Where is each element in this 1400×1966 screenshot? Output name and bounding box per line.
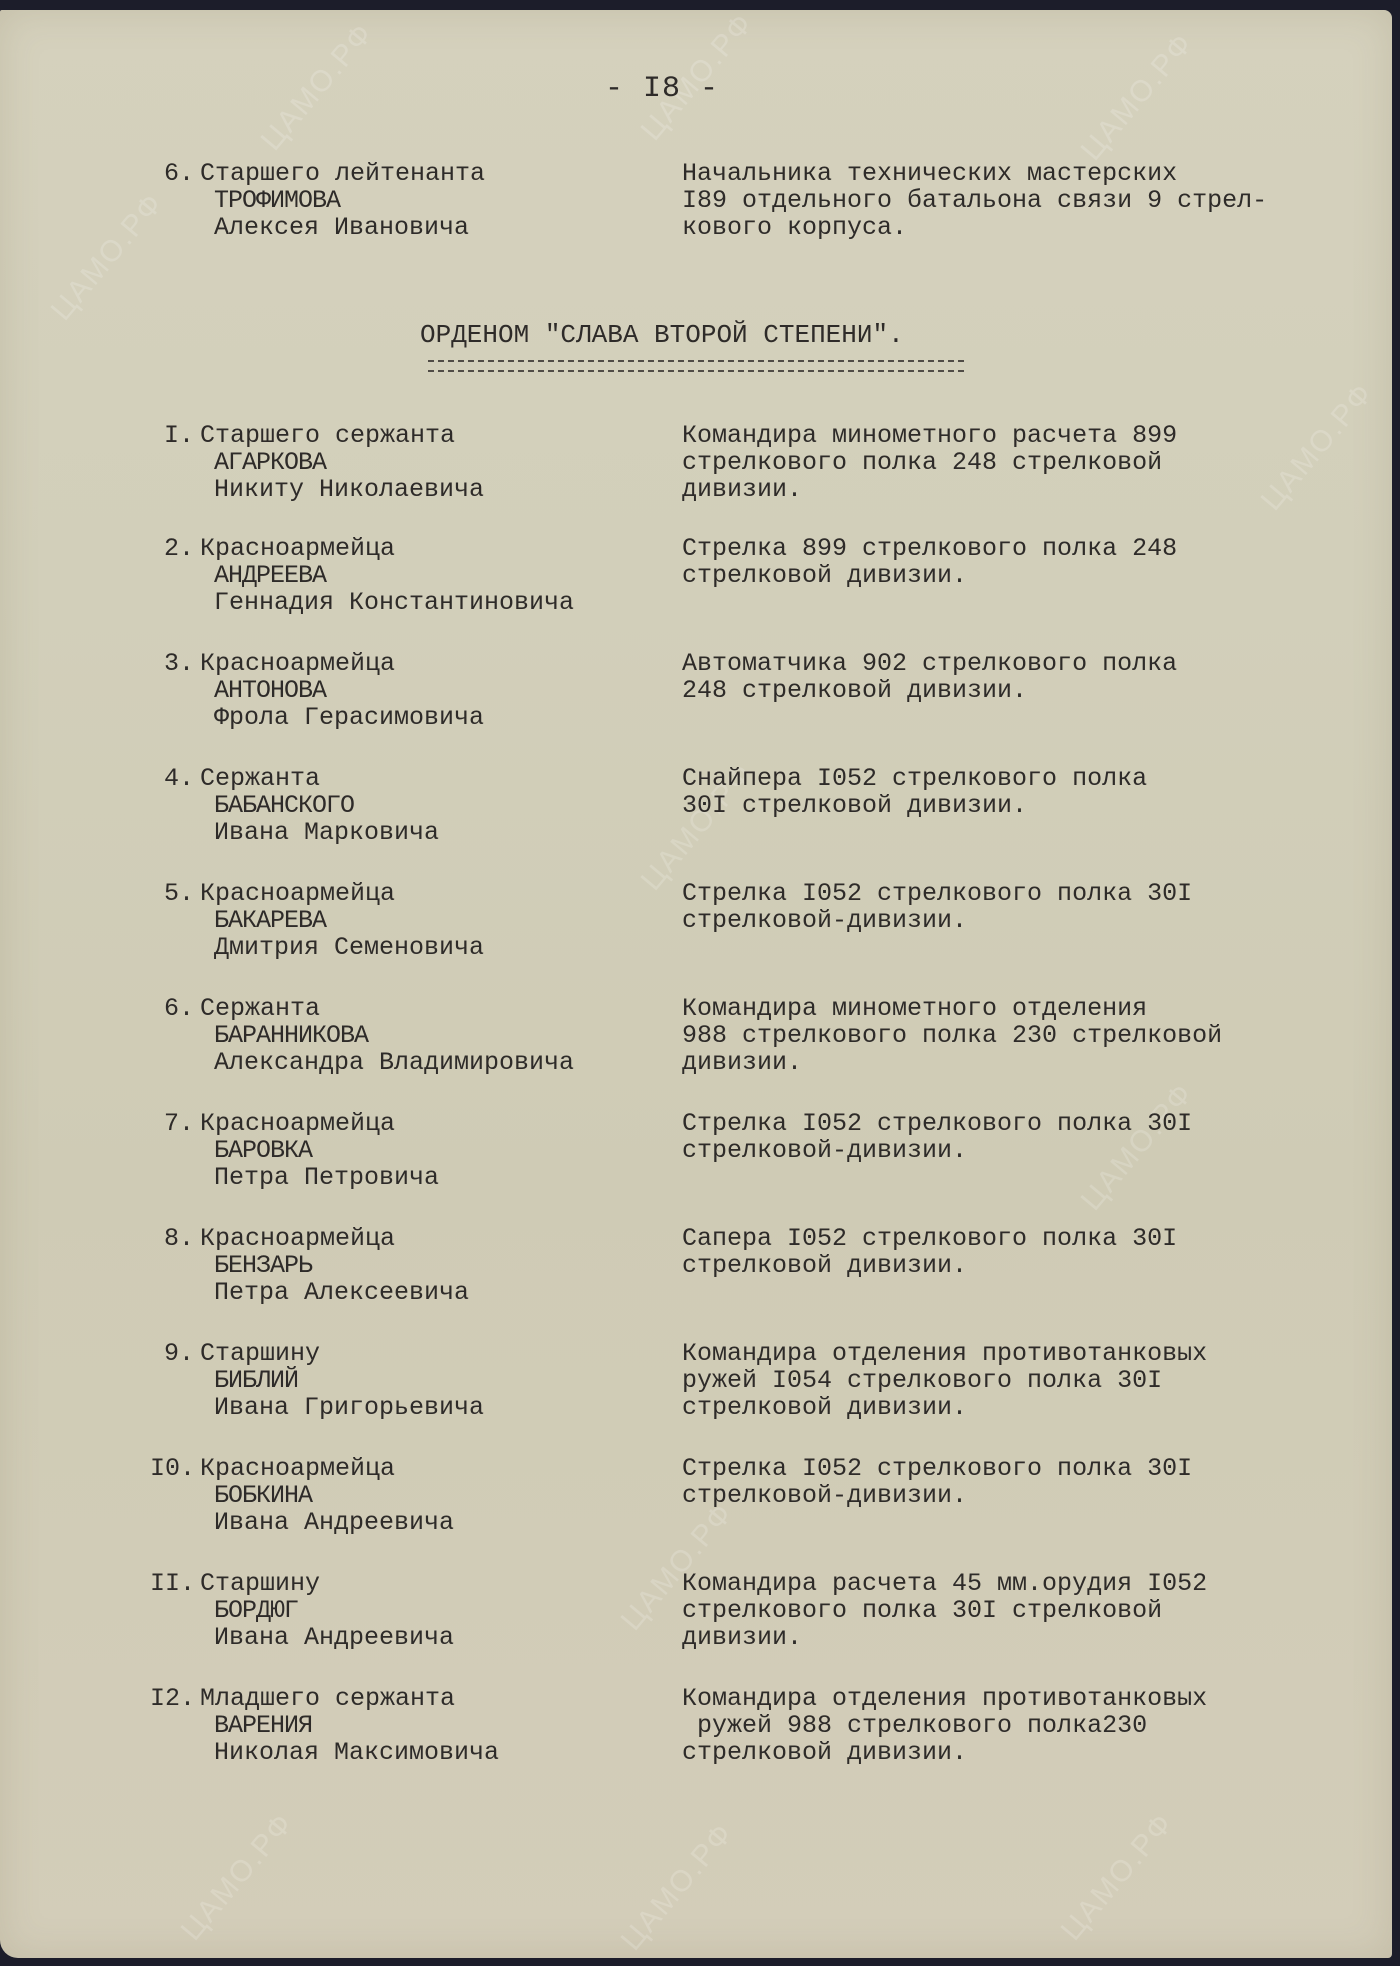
- position: Командира минометного расчета 899 стрелк…: [682, 422, 1372, 503]
- surname: БАКАРЕВА: [150, 907, 670, 934]
- recipient: I.Старшего сержанта АГАРКОВА Никиту Нико…: [150, 422, 670, 503]
- position-line: I89 отдельного батальона связи 9 стрел-: [682, 187, 1372, 214]
- watermark: ЦАМО.РФ: [255, 17, 381, 158]
- recipient: 4.Сержанта БАБАНСКОГО Ивана Марковича: [150, 765, 670, 846]
- position: Автоматчика 902 стрелкового полка 248 ст…: [682, 650, 1372, 704]
- recipient: 3.Красноармейца АНТОНОВА Фрола Герасимов…: [150, 650, 670, 731]
- position: Сапера I052 стрелкового полка 30I стрелк…: [682, 1225, 1372, 1279]
- recipient: 7.Красноармейца БАРОВКА Петра Петровича: [150, 1110, 670, 1191]
- watermark: ЦАМО.РФ: [1075, 27, 1201, 168]
- position-line: Начальника технических мастерских: [682, 160, 1372, 187]
- section-underline: [428, 360, 964, 372]
- position-line: кового корпуса.: [682, 214, 1372, 241]
- document-page: ЦАМО.РФ ЦАМО.РФ ЦАМО.РФ ЦАМО.РФ ЦАМО.РФ …: [0, 10, 1392, 1958]
- entry-number: 6.: [150, 995, 194, 1022]
- position-line: Командира отделения противотанковых: [682, 1340, 1372, 1367]
- position: Стрелка I052 стрелкового полка 30I стрел…: [682, 1110, 1372, 1164]
- position-line: стрелковой-дивизии.: [682, 1482, 1372, 1509]
- position-line: Стрелка I052 стрелкового полка 30I: [682, 1455, 1372, 1482]
- surname: АНДРЕЕВА: [150, 562, 670, 589]
- given-names: Александра Владимировича: [150, 1049, 670, 1076]
- rank: Младшего сержанта: [200, 1684, 455, 1713]
- entry-number: 3.: [150, 650, 194, 677]
- surname: ВАРЕНИЯ: [150, 1712, 670, 1739]
- position-line: 30I стрелковой дивизии.: [682, 792, 1372, 819]
- watermark: ЦАМО.РФ: [175, 1807, 301, 1948]
- position-line: Командира расчета 45 мм.орудия I052: [682, 1570, 1372, 1597]
- surname: БИБЛИЙ: [150, 1367, 670, 1394]
- rank: Красноармейца: [200, 1224, 395, 1253]
- position: Начальника технических мастерских I89 от…: [682, 160, 1372, 241]
- rank: Красноармейца: [200, 879, 395, 908]
- rank: Красноармейца: [200, 1454, 395, 1483]
- position-line: Командира минометного расчета 899: [682, 422, 1372, 449]
- entry-number: 7.: [150, 1110, 194, 1137]
- surname: БОБКИНА: [150, 1482, 670, 1509]
- rank: Красноармейца: [200, 534, 395, 563]
- given-names: Дмитрия Семеновича: [150, 934, 670, 961]
- position-line: стрелковой дивизии.: [682, 1394, 1372, 1421]
- position: Командира отделения противотанковых руже…: [682, 1340, 1372, 1421]
- recipient: I2.Младшего сержанта ВАРЕНИЯ Николая Мак…: [150, 1685, 670, 1766]
- rank: Красноармейца: [200, 1109, 395, 1138]
- entry-number: I0.: [150, 1455, 194, 1482]
- position-line: стрелковой-дивизии.: [682, 907, 1372, 934]
- position-line: стрелковой дивизии.: [682, 1252, 1372, 1279]
- surname: БАБАНСКОГО: [150, 792, 670, 819]
- position-line: Снайпера I052 стрелкового полка: [682, 765, 1372, 792]
- given-names: Николая Максимовича: [150, 1739, 670, 1766]
- position-line: 988 стрелкового полка 230 стрелковой: [682, 1022, 1372, 1049]
- entry-number: I.: [150, 422, 194, 449]
- position-line: Автоматчика 902 стрелкового полка: [682, 650, 1372, 677]
- position-line: Сапера I052 стрелкового полка 30I: [682, 1225, 1372, 1252]
- position-line: Командира минометного отделения: [682, 995, 1372, 1022]
- position-line: дивизии.: [682, 476, 1372, 503]
- page-number: - I8 -: [605, 72, 719, 106]
- position-line: стрелкового полка 30I стрелковой: [682, 1597, 1372, 1624]
- surname: ТРОФИМОВА: [150, 187, 670, 214]
- rank: Старшину: [200, 1339, 320, 1368]
- surname: БАРАННИКОВА: [150, 1022, 670, 1049]
- surname: БОРДЮГ: [150, 1597, 670, 1624]
- position-line: Стрелка I052 стрелкового полка 30I: [682, 880, 1372, 907]
- position: Командира отделения противотанковых руже…: [682, 1685, 1372, 1766]
- surname: БЕНЗАРЬ: [150, 1252, 670, 1279]
- rank: Старшину: [200, 1569, 320, 1598]
- given-names: Никиту Николаевича: [150, 476, 670, 503]
- recipient: 6.Сержанта БАРАННИКОВА Александра Владим…: [150, 995, 670, 1076]
- position-line: стрелкового полка 248 стрелковой: [682, 449, 1372, 476]
- position: Командира минометного отделения 988 стре…: [682, 995, 1372, 1076]
- entry-number: II.: [150, 1570, 194, 1597]
- rank: Красноармейца: [200, 649, 395, 678]
- entry-number: 4.: [150, 765, 194, 792]
- position-line: Командира отделения противотанковых: [682, 1685, 1372, 1712]
- given-names: Ивана Марковича: [150, 819, 670, 846]
- position-line: ружей I054 стрелкового полка 30I: [682, 1367, 1372, 1394]
- position-line: дивизии.: [682, 1049, 1372, 1076]
- position-line: Стрелка 899 стрелкового полка 248: [682, 535, 1372, 562]
- entry-number: 9.: [150, 1340, 194, 1367]
- given-names: Ивана Григорьевича: [150, 1394, 670, 1421]
- entry-number: 5.: [150, 880, 194, 907]
- position-line: стрелковой дивизии.: [682, 562, 1372, 589]
- watermark: ЦАМО.РФ: [1055, 1807, 1181, 1948]
- surname: БАРОВКА: [150, 1137, 670, 1164]
- position: Стрелка I052 стрелкового полка 30I стрел…: [682, 880, 1372, 934]
- position-line: 248 стрелковой дивизии.: [682, 677, 1372, 704]
- position-line: Стрелка I052 стрелкового полка 30I: [682, 1110, 1372, 1137]
- rank: Сержанта: [200, 764, 320, 793]
- entry-number: I2.: [150, 1685, 194, 1712]
- recipient: 5.Красноармейца БАКАРЕВА Дмитрия Семенов…: [150, 880, 670, 961]
- position-line: дивизии.: [682, 1624, 1372, 1651]
- given-names: Алексея Ивановича: [150, 214, 670, 241]
- entry-number: 6.: [150, 160, 194, 187]
- given-names: Ивана Андреевича: [150, 1509, 670, 1536]
- recipient: 8.Красноармейца БЕНЗАРЬ Петра Алексеевич…: [150, 1225, 670, 1306]
- rank: Старшего сержанта: [200, 421, 455, 450]
- position: Снайпера I052 стрелкового полка 30I стре…: [682, 765, 1372, 819]
- section-title: ОРДЕНОМ "СЛАВА ВТОРОЙ СТЕПЕНИ".: [420, 320, 904, 350]
- entry-number: 8.: [150, 1225, 194, 1252]
- position-line: стрелковой-дивизии.: [682, 1137, 1372, 1164]
- position-line: ружей 988 стрелкового полка230: [682, 1712, 1372, 1739]
- recipient: 9.Старшину БИБЛИЙ Ивана Григорьевича: [150, 1340, 670, 1421]
- rank: Сержанта: [200, 994, 320, 1023]
- surname: АНТОНОВА: [150, 677, 670, 704]
- recipient: I0.Красноармейца БОБКИНА Ивана Андреевич…: [150, 1455, 670, 1536]
- recipient: 6.Старшего лейтенанта ТРОФИМОВА Алексея …: [150, 160, 670, 241]
- given-names: Петра Алексеевича: [150, 1279, 670, 1306]
- position: Командира расчета 45 мм.орудия I052 стре…: [682, 1570, 1372, 1651]
- position-line: стрелковой дивизии.: [682, 1739, 1372, 1766]
- given-names: Петра Петровича: [150, 1164, 670, 1191]
- recipient: II.Старшину БОРДЮГ Ивана Андреевича: [150, 1570, 670, 1651]
- position: Стрелка I052 стрелкового полка 30I стрел…: [682, 1455, 1372, 1509]
- given-names: Ивана Андреевича: [150, 1624, 670, 1651]
- surname: АГАРКОВА: [150, 449, 670, 476]
- given-names: Геннадия Константиновича: [150, 589, 670, 616]
- watermark: ЦАМО.РФ: [615, 1817, 741, 1958]
- recipient: 2.Красноармейца АНДРЕЕВА Геннадия Конста…: [150, 535, 670, 616]
- rank: Старшего лейтенанта: [200, 159, 485, 188]
- position: Стрелка 899 стрелкового полка 248 стрелк…: [682, 535, 1372, 589]
- entry-number: 2.: [150, 535, 194, 562]
- given-names: Фрола Герасимовича: [150, 704, 670, 731]
